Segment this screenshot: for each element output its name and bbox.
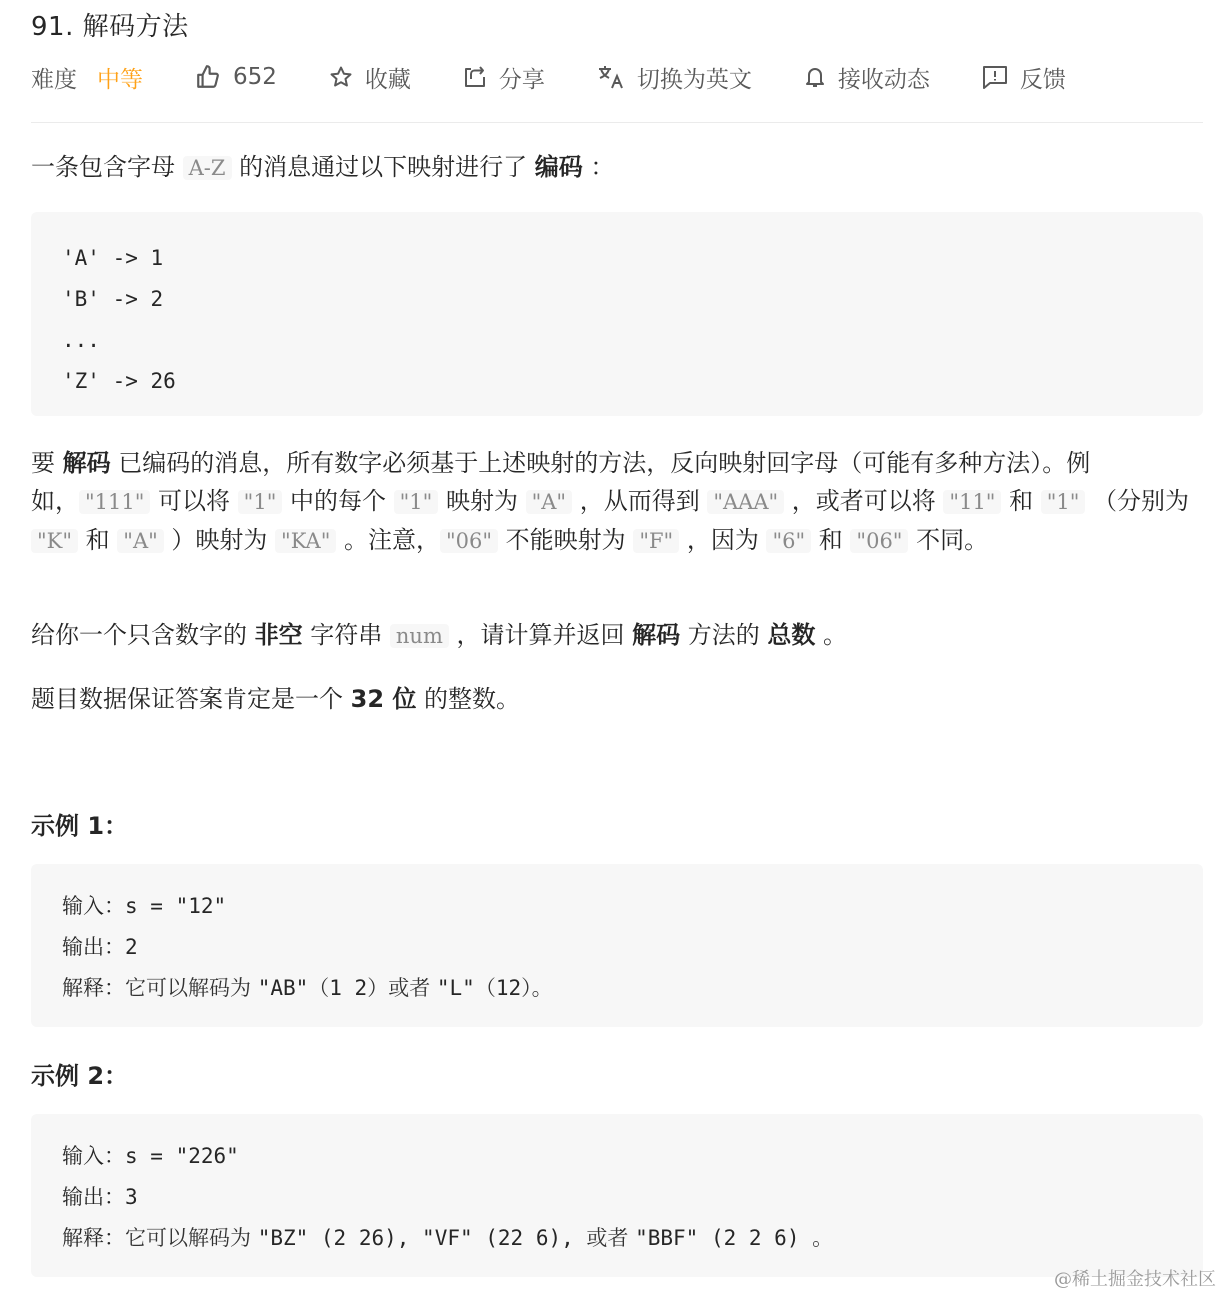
text: 一条包含字母 [31, 153, 183, 181]
text: "BZ" (2 26), "VF" (22 6), [258, 1226, 587, 1250]
subscribe-label: 接收动态 [838, 61, 930, 94]
example-2-block: 输入：s = "226" 输出：3 解释：它可以解码为 "BZ" (2 26),… [31, 1114, 1203, 1277]
feedback-icon [982, 65, 1008, 89]
text: 它可以解码为 [125, 1226, 258, 1250]
text: ）。 [521, 976, 553, 1000]
inline-code: "11" [943, 490, 1001, 514]
explain-label: 解释： [62, 1226, 125, 1250]
difficulty: 难度 中等 [31, 61, 143, 94]
text: 或者 [586, 1226, 635, 1250]
inline-code: "K" [31, 529, 78, 553]
text: "L" [437, 976, 475, 1000]
inline-code: "AAA" [707, 490, 784, 514]
explain-label: 解释： [62, 976, 125, 1000]
text: 1 2 [329, 976, 367, 1000]
decode-paragraph: 要 解码 已编码的消息，所有数字必须基于上述映射的方法，反向映射回字母（可能有多… [31, 444, 1203, 560]
inline-code: "A" [117, 529, 163, 553]
task-paragraph: 给你一个只含数字的 非空 字符串 num ，请计算并返回 解码 方法的 总数 。 [31, 616, 1203, 655]
inline-code: "KA" [275, 529, 336, 553]
text: 方法的 [680, 621, 767, 649]
input-value: s = "12" [125, 894, 226, 918]
feedback-button[interactable]: 反馈 [982, 61, 1066, 94]
feedback-label: 反馈 [1020, 61, 1066, 94]
bold-text: 解码 [632, 621, 680, 649]
inline-code: "06" [850, 529, 908, 553]
like-button[interactable]: 652 [195, 64, 277, 90]
text: 不同。 [908, 526, 988, 554]
text: 给你一个只含数字的 [31, 621, 255, 649]
code-line: 'B' -> 2 [62, 279, 1203, 320]
text: ，请计算并返回 [449, 621, 632, 649]
translate-button[interactable]: 切换为英文 [597, 61, 752, 94]
bold-text: 非空 [255, 621, 303, 649]
text: 映射为 [438, 487, 525, 515]
share-label: 分享 [499, 61, 545, 94]
problem-description: 一条包含字母 A-Z 的消息通过以下映射进行了 编码 ： 'A' -> 1 'B… [31, 148, 1203, 187]
text: ： [583, 153, 615, 181]
inline-code: "06" [440, 529, 498, 553]
example-explanation: 解释：它可以解码为 "BZ" (2 26), "VF" (22 6), 或者 "… [62, 1218, 1203, 1259]
example-2-title: 示例 2： [31, 1056, 128, 1091]
example-1-block: 输入：s = "12" 输出：2 解释：它可以解码为 "AB"（1 2）或者 "… [31, 864, 1203, 1027]
bold-text: 编码 [535, 153, 583, 181]
output-label: 输出： [62, 1185, 125, 1209]
text: 不能映射为 [498, 526, 633, 554]
like-count: 652 [233, 64, 277, 90]
text: 和 [1001, 487, 1040, 515]
bold-text: 解码 [63, 449, 111, 477]
example-input: 输入：s = "226" [62, 1136, 1203, 1177]
text: （ [475, 976, 496, 1000]
thumbs-up-icon [195, 64, 221, 90]
text: 。注意， [336, 526, 440, 554]
text: ，或者可以将 [784, 487, 943, 515]
code-line: 'Z' -> 26 [62, 361, 1203, 402]
text: 中的每个 [282, 487, 393, 515]
text: 和 [811, 526, 850, 554]
translate-icon [597, 64, 625, 90]
bold-text: 总数 [767, 621, 815, 649]
text: 它可以解码为 [125, 976, 258, 1000]
difficulty-label: 难度 [31, 61, 77, 94]
output-value: 2 [125, 935, 138, 959]
favorite-label: 收藏 [365, 61, 411, 94]
difficulty-value: 中等 [97, 61, 143, 94]
text: ）映射为 [164, 526, 275, 554]
star-icon [329, 65, 353, 89]
watermark: @稀土掘金技术社区 [1054, 1265, 1216, 1291]
favorite-button[interactable]: 收藏 [329, 61, 411, 94]
text: 和 [78, 526, 117, 554]
code-line: 'A' -> 1 [62, 238, 1203, 279]
input-label: 输入： [62, 894, 125, 918]
text: "BBF" (2 2 6) [635, 1226, 812, 1250]
inline-code: "F" [633, 529, 679, 553]
example-explanation: 解释：它可以解码为 "AB"（1 2）或者 "L"（12）。 [62, 968, 1203, 1009]
intro-paragraph: 一条包含字母 A-Z 的消息通过以下映射进行了 编码 ： [31, 148, 1203, 187]
text: （ [308, 976, 329, 1000]
share-icon [463, 65, 487, 89]
header-divider [31, 122, 1203, 123]
text: 字符串 [303, 621, 390, 649]
input-label: 输入： [62, 1144, 125, 1168]
text: （分别为 [1085, 487, 1189, 515]
output-value: 3 [125, 1185, 138, 1209]
mapping-code-block: 'A' -> 1 'B' -> 2 ... 'Z' -> 26 [31, 212, 1203, 416]
inline-code: A-Z [183, 156, 232, 180]
inline-code: "6" [766, 529, 811, 553]
text: 12 [496, 976, 521, 1000]
code-line: ... [62, 320, 1203, 361]
subscribe-button[interactable]: 接收动态 [804, 61, 930, 94]
inline-code: "1" [238, 490, 283, 514]
bold-text: 32 位 [351, 685, 417, 713]
problem-meta-bar: 难度 中等 652 收藏 分享 切换为英文 接收动态 反馈 [31, 58, 1118, 96]
text: 。 [812, 1226, 833, 1250]
output-label: 输出： [62, 935, 125, 959]
inline-code: "1" [1041, 490, 1086, 514]
input-value: s = "226" [125, 1144, 239, 1168]
share-button[interactable]: 分享 [463, 61, 545, 94]
text: 。 [815, 621, 847, 649]
example-1-title: 示例 1： [31, 806, 128, 841]
example-input: 输入：s = "12" [62, 886, 1203, 927]
text: 可以将 [150, 487, 237, 515]
inline-code: "111" [79, 490, 150, 514]
text: 的整数。 [416, 685, 520, 713]
problem-title: 91. 解码方法 [31, 6, 189, 43]
bell-icon [804, 65, 826, 89]
text: 要 [31, 449, 63, 477]
guarantee-paragraph: 题目数据保证答案肯定是一个 32 位 的整数。 [31, 680, 1203, 718]
inline-code: num [390, 624, 449, 648]
inline-code: "A" [526, 490, 572, 514]
example-output: 输出：2 [62, 927, 1203, 968]
text: ，因为 [679, 526, 766, 554]
translate-label: 切换为英文 [637, 61, 752, 94]
text: "AB" [258, 976, 309, 1000]
text: ，从而得到 [572, 487, 707, 515]
example-output: 输出：3 [62, 1177, 1203, 1218]
text: 的消息通过以下映射进行了 [232, 153, 535, 181]
text: ）或者 [367, 976, 437, 1000]
text: 题目数据保证答案肯定是一个 [31, 685, 351, 713]
inline-code: "1" [394, 490, 439, 514]
